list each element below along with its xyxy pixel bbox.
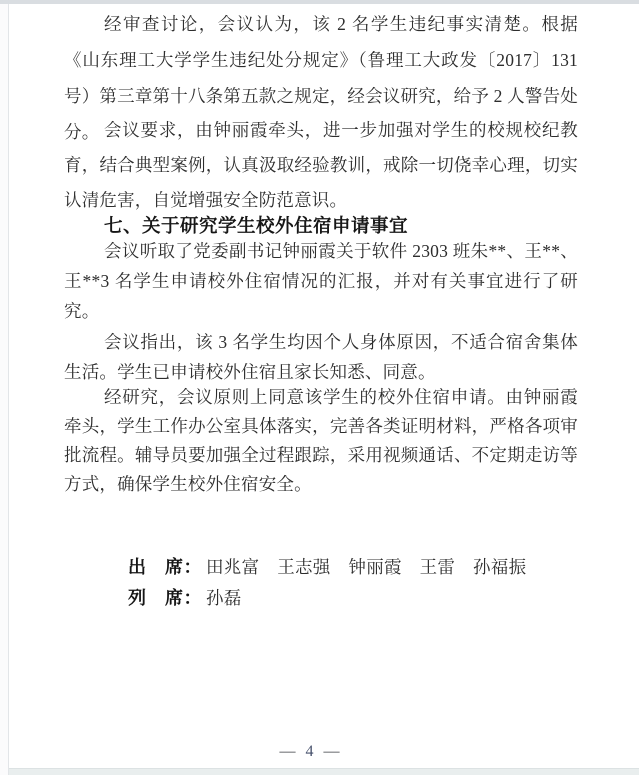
- page-left-edge-line: [8, 4, 9, 775]
- page-number-footer: —4—: [0, 743, 620, 761]
- paragraph-offcampus-approval: 经研究，会议原则上同意该学生的校外住宿申请。由钟丽霞牵头，学生工作办公室具体落实…: [64, 383, 578, 499]
- paragraph-offcampus-reason: 会议指出，该 3 名学生均因个人身体原因，不适合宿舍集体生活。学生已申请校外住宿…: [64, 327, 578, 387]
- footer-page-number: 4: [306, 743, 315, 760]
- attendance-observer-row: 列 席：孙磊: [64, 565, 618, 633]
- observer-label: 列 席：: [128, 588, 202, 608]
- section-7-heading: 七、关于研究学生校外住宿申请事宜: [64, 214, 618, 237]
- observer-names: 孙磊: [206, 588, 242, 608]
- page-bottom-edge: [9, 769, 639, 775]
- page-left-margin-edge: [0, 4, 8, 775]
- paragraph-offcampus-report: 会议听取了党委副书记钟丽霞关于软件 2303 班朱**、王**、王**3 名学生…: [64, 236, 578, 326]
- scanned-document-page: 经审查讨论，会议认为，该 2 名学生违纪事实清楚。根据《山东理工大学学生违纪处分…: [0, 0, 639, 775]
- document-body: 经审查讨论，会议认为，该 2 名学生违纪事实清楚。根据《山东理工大学学生违纪处分…: [64, 0, 578, 775]
- footer-left-dash: —: [280, 743, 297, 760]
- paragraph-education-requirement: 会议要求，由钟丽霞牵头，进一步加强对学生的校规校纪教育，结合典型案例，认真汲取经…: [64, 113, 578, 218]
- footer-right-dash: —: [324, 743, 341, 760]
